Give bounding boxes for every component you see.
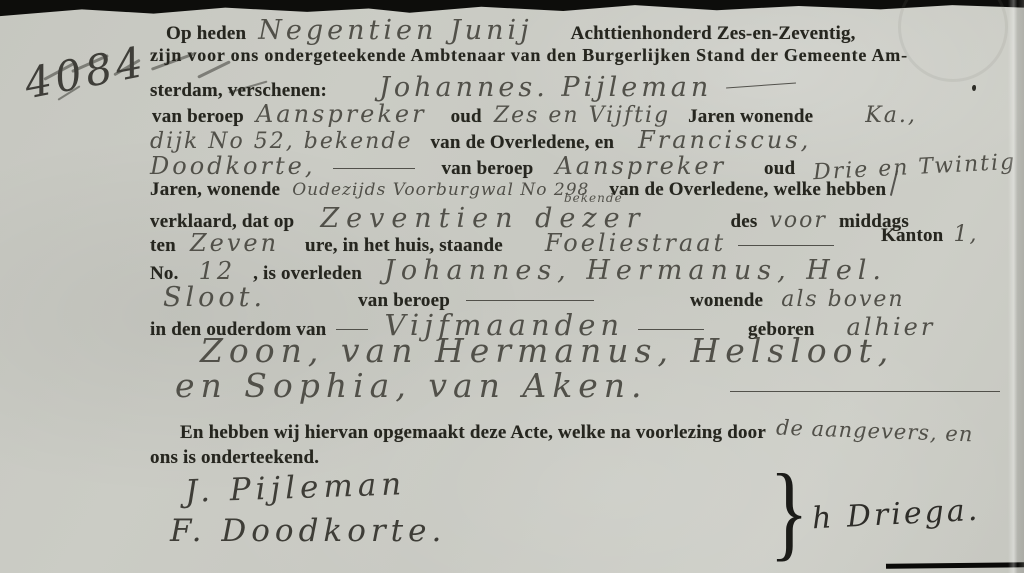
line-parents-b: en Sophia, van Aken. bbox=[175, 366, 1000, 405]
printed-ambtenaar: zijn voor ons ondergeteekende Ambtenaar … bbox=[150, 45, 908, 65]
printed-closing: En hebben wij hiervan opgemaakt deze Act… bbox=[180, 422, 766, 443]
scan-edge-bottom-right bbox=[886, 562, 1024, 568]
hand-kanton-number: 1, bbox=[953, 222, 978, 247]
printed-van-beroep-1: van beroep bbox=[152, 106, 244, 127]
signature-official: h Driega. bbox=[811, 493, 981, 537]
hand-age-1: Zes en Vijftig bbox=[494, 103, 670, 128]
hand-declarant2-surname: Doodkorte, bbox=[150, 152, 315, 180]
street-rule bbox=[738, 244, 834, 246]
occupation-rule bbox=[466, 299, 594, 301]
record-number: 4084 bbox=[20, 37, 150, 109]
hand-occupation-1: Aanspreker bbox=[256, 100, 427, 128]
printed-oud-2: oud bbox=[764, 158, 795, 179]
hand-address-1b: dijk No 52, bekende bbox=[150, 129, 412, 154]
printed-ten: ten bbox=[150, 235, 176, 256]
printed-no: No. bbox=[150, 263, 179, 284]
ink-speck bbox=[972, 85, 976, 91]
printed-year: Achttienhonderd Zes-en-Zeventig, bbox=[571, 23, 856, 44]
death-certificate-scan: 4084 Op heden Negentien Junij Achttienho… bbox=[0, 0, 1024, 573]
flourish-line bbox=[726, 82, 796, 89]
line-declarant1-details: van beroep Aanspreker oud Zes en Vijftig… bbox=[152, 100, 917, 128]
printed-is-overleden: , is overleden bbox=[253, 263, 362, 284]
line-closing-a: En hebben wij hiervan opgemaakt deze Act… bbox=[180, 419, 973, 444]
parents-rule bbox=[730, 390, 1000, 392]
printed-jaren-wonende-1: Jaren wonende bbox=[688, 106, 813, 127]
hand-address-1a: Ka., bbox=[865, 103, 917, 128]
hand-aangevers: de aangevers, en bbox=[776, 416, 974, 447]
printed-oud-1: oud bbox=[451, 106, 482, 127]
line-kanton: Kanton 1, bbox=[881, 222, 978, 247]
line-declarant1-name: sterdam, verschenen: Johannes. Pijleman bbox=[150, 72, 796, 103]
age-rule bbox=[638, 328, 704, 330]
line-death-place: ten Zeven ure, in het huis, staande Foel… bbox=[150, 229, 834, 257]
signature-brace: } bbox=[769, 448, 808, 572]
line-officiant: zijn voor ons ondergeteekende Ambtenaar … bbox=[150, 45, 908, 66]
hand-address-2: Oudezijds Voorburgwal No 298 bbox=[292, 180, 589, 200]
printed-overledene-1: van de Overledene, en bbox=[430, 132, 614, 153]
hand-date: Negentien Junij bbox=[258, 15, 532, 46]
hand-occupation-2: Aanspreker bbox=[555, 152, 726, 180]
printed-onderteekend: ons is onderteekend. bbox=[150, 447, 319, 468]
signature-witness2: F. Doodkorte. bbox=[170, 513, 446, 549]
small-rule bbox=[336, 328, 368, 330]
hand-street: Foeliestraat bbox=[545, 229, 726, 257]
line-declarant2-address: Jaren, wonende Oudezijds Voorburgwal No … bbox=[150, 179, 886, 201]
printed-kanton: Kanton bbox=[881, 225, 943, 246]
hand-declarant2-firstname: Franciscus, bbox=[638, 126, 811, 154]
scan-edge-right bbox=[1008, 0, 1024, 573]
printed-jaren-wonende-2: Jaren, wonende bbox=[150, 179, 280, 200]
hand-house-number: 12 bbox=[199, 257, 236, 285]
line-closing-b: ons is onderteekend. bbox=[150, 447, 319, 469]
printed-verschenen: sterdam, verschenen: bbox=[150, 80, 327, 101]
line-date: Op heden Negentien Junij Achttienhonderd… bbox=[166, 15, 856, 46]
hand-hour: Zeven bbox=[190, 229, 279, 257]
printed-van-beroep-2: van beroep bbox=[441, 158, 533, 179]
hand-parents-b: en Sophia, van Aken. bbox=[175, 366, 648, 405]
line-declarant2-details: Doodkorte, van beroep Aanspreker oud Dri… bbox=[150, 152, 1017, 180]
hand-declarant1-name: Johannes. Pijleman bbox=[379, 72, 712, 103]
printed-overledene-2: van de Overledene, welke hebben bbox=[609, 179, 886, 200]
blank-rule bbox=[333, 167, 415, 169]
paper-watermark-circle bbox=[898, 0, 1008, 82]
printed-ure-huis: ure, in het huis, staande bbox=[305, 235, 503, 256]
line-parents-a: Zoon, van Hermanus, Helsloot, bbox=[200, 331, 894, 370]
printed-op-heden: Op heden bbox=[166, 23, 246, 44]
signature-witness1: J. Pijleman bbox=[184, 466, 406, 510]
hand-parents-a: Zoon, van Hermanus, Helsloot, bbox=[200, 331, 894, 370]
line-declarant2-intro: dijk No 52, bekende van de Overledene, e… bbox=[150, 126, 811, 154]
